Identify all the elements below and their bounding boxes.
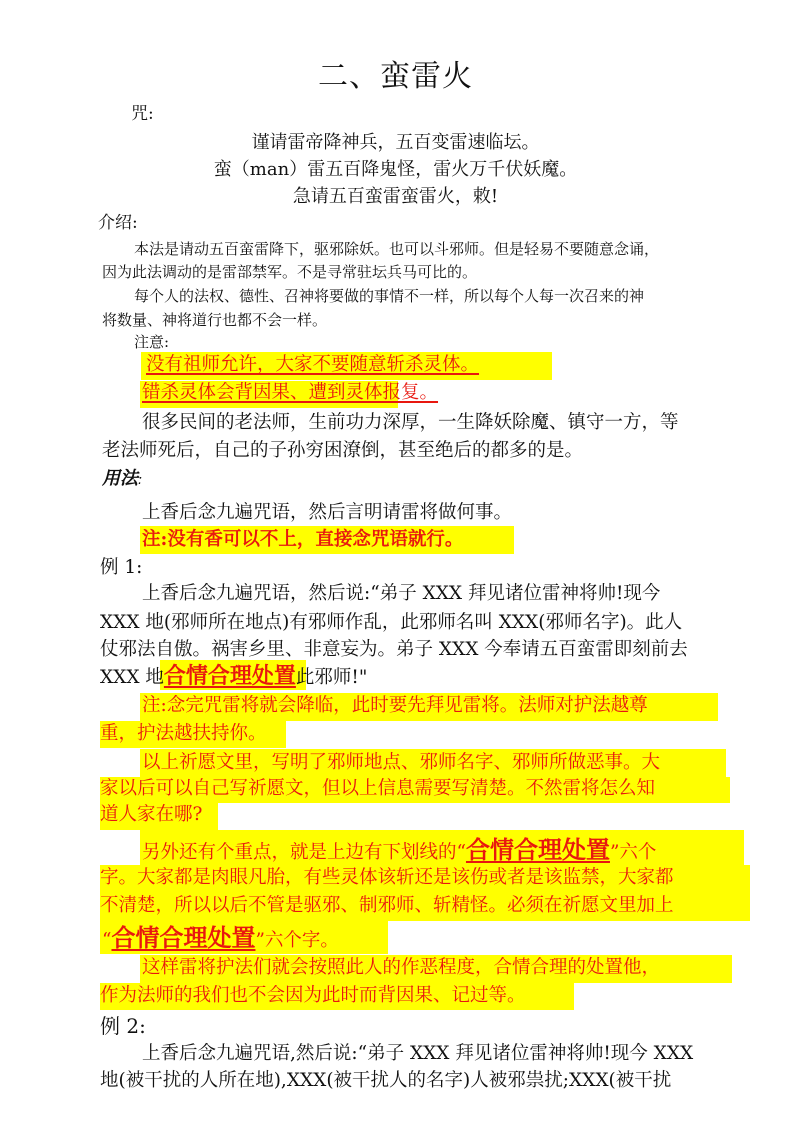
note-3-line-4: “合情合理处置”六个字。 — [102, 926, 339, 951]
example-1-line-4-suffix: 此邪师!" — [296, 667, 367, 688]
incantation-label: 咒: — [131, 106, 154, 123]
intro-paragraph-1-line-2: 因为此法调动的是雷部禁军。不是寻常驻坛兵马可比的。 — [102, 265, 477, 280]
incantation-line-1: 谨请雷帝降神兵，五百变雷速临坛。 — [0, 134, 791, 152]
note-3-line-1-suffix: ”六个 — [610, 842, 656, 863]
example-1-line-2: XXX 地(邪师所在地点)有邪师作乱，此邪师名叫 XXX(邪师名字)。此人 — [100, 614, 682, 633]
usage-label: 用法: — [102, 470, 142, 488]
intro-paragraph-3-line-1: 很多民间的老法师，生前功力深厚，一生降妖除魔、镇守一方，等 — [142, 414, 679, 433]
example-2-line-1: 上香后念九遍咒语,然后说:“弟子 XXX 拜见诸位雷神将帅!现今 XXX — [142, 1045, 693, 1064]
note-4-line-2: 作为法师的我们也不会因为此时而背因果、记过等。 — [100, 987, 526, 1006]
example-1-line-3: 仗邪法自傲。祸害乡里、非意妄为。弟子 XXX 今奉请五百蛮雷即刻前去 — [100, 641, 688, 660]
note-3-line-1: 另外还有个重点，就是上边有下划线的“合情合理处置”六个 — [142, 838, 656, 863]
intro-label: 介绍: — [98, 215, 138, 232]
intro-paragraph-2-line-1: 每个人的法权、德性、召神将要做的事情不一样，所以每个人每一次召来的神 — [134, 289, 644, 304]
note-2-line-2: 家以后可以自己写祈愿文，但以上信息需要写清楚。不然雷将怎么知 — [100, 780, 655, 799]
key-phrase: 合情合理处置 — [111, 924, 255, 952]
warning-line-1: 没有祖师允许，大家不要随意斩杀灵体。 — [146, 356, 479, 375]
example-1-line-1: 上香后念九遍咒语，然后说:“弟子 XXX 拜见诸位雷神将帅!现今 — [142, 585, 660, 604]
note-3-line-3: 不清楚，所以以后不管是驱邪、制邪师、斩精怪。必须在祈愿文里加上 — [100, 897, 674, 916]
incantation-line-3: 急请五百蛮雷蛮雷火，敕! — [0, 188, 791, 206]
note-2-line-3: 道人家在哪? — [100, 806, 202, 825]
usage-label-text: 用法 — [102, 468, 138, 489]
example-2-label: 例 2: — [100, 1016, 146, 1036]
warning-line-2: 错杀灵体会背因果、遭到灵体报复。 — [142, 384, 438, 403]
note-1-line-2: 重，护法越扶持你。 — [100, 725, 267, 744]
example-1-label: 例 1: — [100, 559, 142, 578]
key-phrase: 合情合理处置 — [466, 836, 610, 864]
example-1-line-4: XXX 地合情合理处置此邪师!" — [100, 666, 367, 688]
usage-label-colon: : — [138, 473, 142, 488]
note-label: 注意: — [134, 335, 169, 350]
note-1-line-1: 注:念完咒雷将就会降临，此时要先拜见雷将。法师对护法越尊 — [142, 697, 648, 716]
usage-note: 注:没有香可以不上，直接念咒语就行。 — [142, 531, 463, 550]
example-1-line-4-prefix: XXX 地 — [100, 667, 164, 688]
note-4-line-1: 这样雷将护法们就会按照此人的作恶程度，合情合理的处置他， — [142, 959, 660, 978]
document-page: 二、蛮雷火 咒: 谨请雷帝降神兵，五百变雷速临坛。 蛮（man）雷五百降鬼怪，雷… — [0, 0, 791, 1129]
page-title: 二、蛮雷火 — [0, 62, 791, 92]
note-3-line-4-suffix: ”六个字。 — [255, 930, 338, 951]
note-3-line-2: 字。大家都是肉眼凡胎，有些灵体该斩还是该伤或者是该监禁，大家都 — [100, 869, 674, 888]
incantation-line-2: 蛮（man）雷五百降鬼怪，雷火万千伏妖魔。 — [0, 161, 791, 179]
usage-line-1: 上香后念九遍咒语，然后言明请雷将做何事。 — [142, 504, 512, 523]
example-2-line-2: 地(被干扰的人所在地),XXX(被干扰人的名字)人被邪祟扰;XXX(被干扰 — [100, 1072, 671, 1091]
intro-paragraph-2-line-2: 将数量、神将道行也都不会一样。 — [102, 313, 327, 328]
intro-paragraph-1-line-1: 本法是请动五百蛮雷降下，驱邪除妖。也可以斗邪师。但是轻易不要随意念诵， — [134, 242, 659, 257]
note-2-line-1: 以上祈愿文里，写明了邪师地点、邪师名字、邪师所做恶事。大 — [142, 754, 660, 773]
intro-paragraph-3-line-2: 老法师死后，自己的子孙穷困潦倒，甚至绝后的都多的是。 — [102, 442, 583, 461]
key-phrase: 合情合理处置 — [164, 664, 296, 689]
note-3-line-1-prefix: 另外还有个重点，就是上边有下划线的“ — [142, 842, 466, 863]
